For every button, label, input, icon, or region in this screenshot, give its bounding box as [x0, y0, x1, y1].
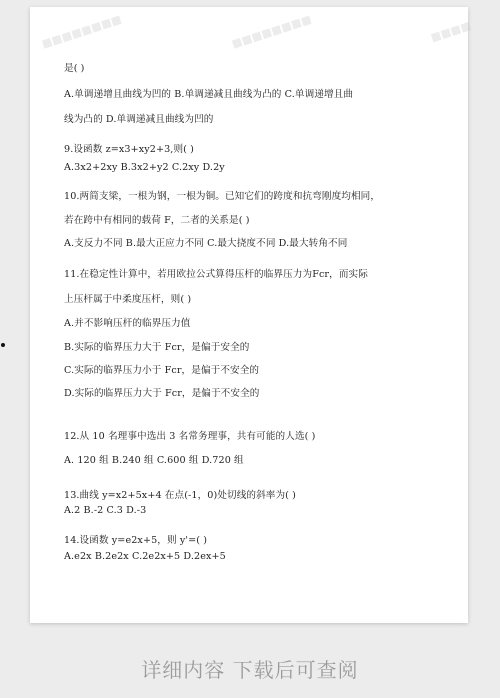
watermark: ■■■■■■■■: [40, 12, 123, 50]
text-line: 13.曲线 y=x2+5x+4 在点(-1，0)处切线的斜率为( ): [64, 487, 296, 501]
text-line: A. 120 组 B.240 组 C.600 组 D.720 组: [64, 452, 244, 466]
text-line: 线为凸的 D.单调递减且曲线为凹的: [64, 111, 213, 125]
text-line: C.实际的临界压力小于 Fcr，是偏于不安全的: [64, 362, 259, 376]
text-line: 上压杆属于中柔度压杆，则( ): [64, 291, 191, 305]
text-line: B.实际的临界压力大于 Fcr，是偏于安全的: [64, 339, 249, 353]
text-line: A.e2x B.2e2x C.2e2x+5 D.2ex+5: [64, 551, 226, 562]
bullet-dot: [1, 343, 5, 347]
text-line: A.支反力不同 B.最大正应力不同 C.最大挠度不同 D.最大转角不同: [64, 235, 347, 249]
text-line: 若在跨中有相同的载荷 F，二者的关系是( ): [64, 212, 250, 226]
download-prompt[interactable]: 详细内容 下载后可查阅: [0, 654, 500, 683]
watermark: ■■■■■■■■: [230, 12, 313, 50]
text-line: 10.两简支梁，一根为钢，一根为铜。已知它们的跨度和抗弯刚度均相同，: [64, 188, 380, 202]
text-line: 是( ): [64, 60, 85, 74]
text-line: 14.设函数 y=e2x+5，则 y'=( ): [64, 532, 207, 546]
text-line: 11.在稳定性计算中，若用欧拉公式算得压杆的临界压力为Fcr，而实际: [64, 266, 368, 280]
watermark: ■■■■: [429, 19, 473, 44]
text-line: A.2 B.-2 C.3 D.-3: [64, 505, 146, 516]
text-line: 12.从 10 名理事中选出 3 名常务理事，共有可能的人选( ): [64, 428, 315, 442]
text-line: 9.设函数 z=x3+xy2+3,则( ): [64, 141, 194, 155]
text-line: D.实际的临界压力大于 Fcr，是偏于不安全的: [64, 385, 259, 399]
text-line: A.并不影响压杆的临界压力值: [64, 315, 191, 329]
text-line: A.单调递增且曲线为凹的 B.单调递减且曲线为凸的 C.单调递增且曲: [64, 86, 353, 100]
text-line: A.3x2+2xy B.3x2+y2 C.2xy D.2y: [64, 162, 225, 173]
